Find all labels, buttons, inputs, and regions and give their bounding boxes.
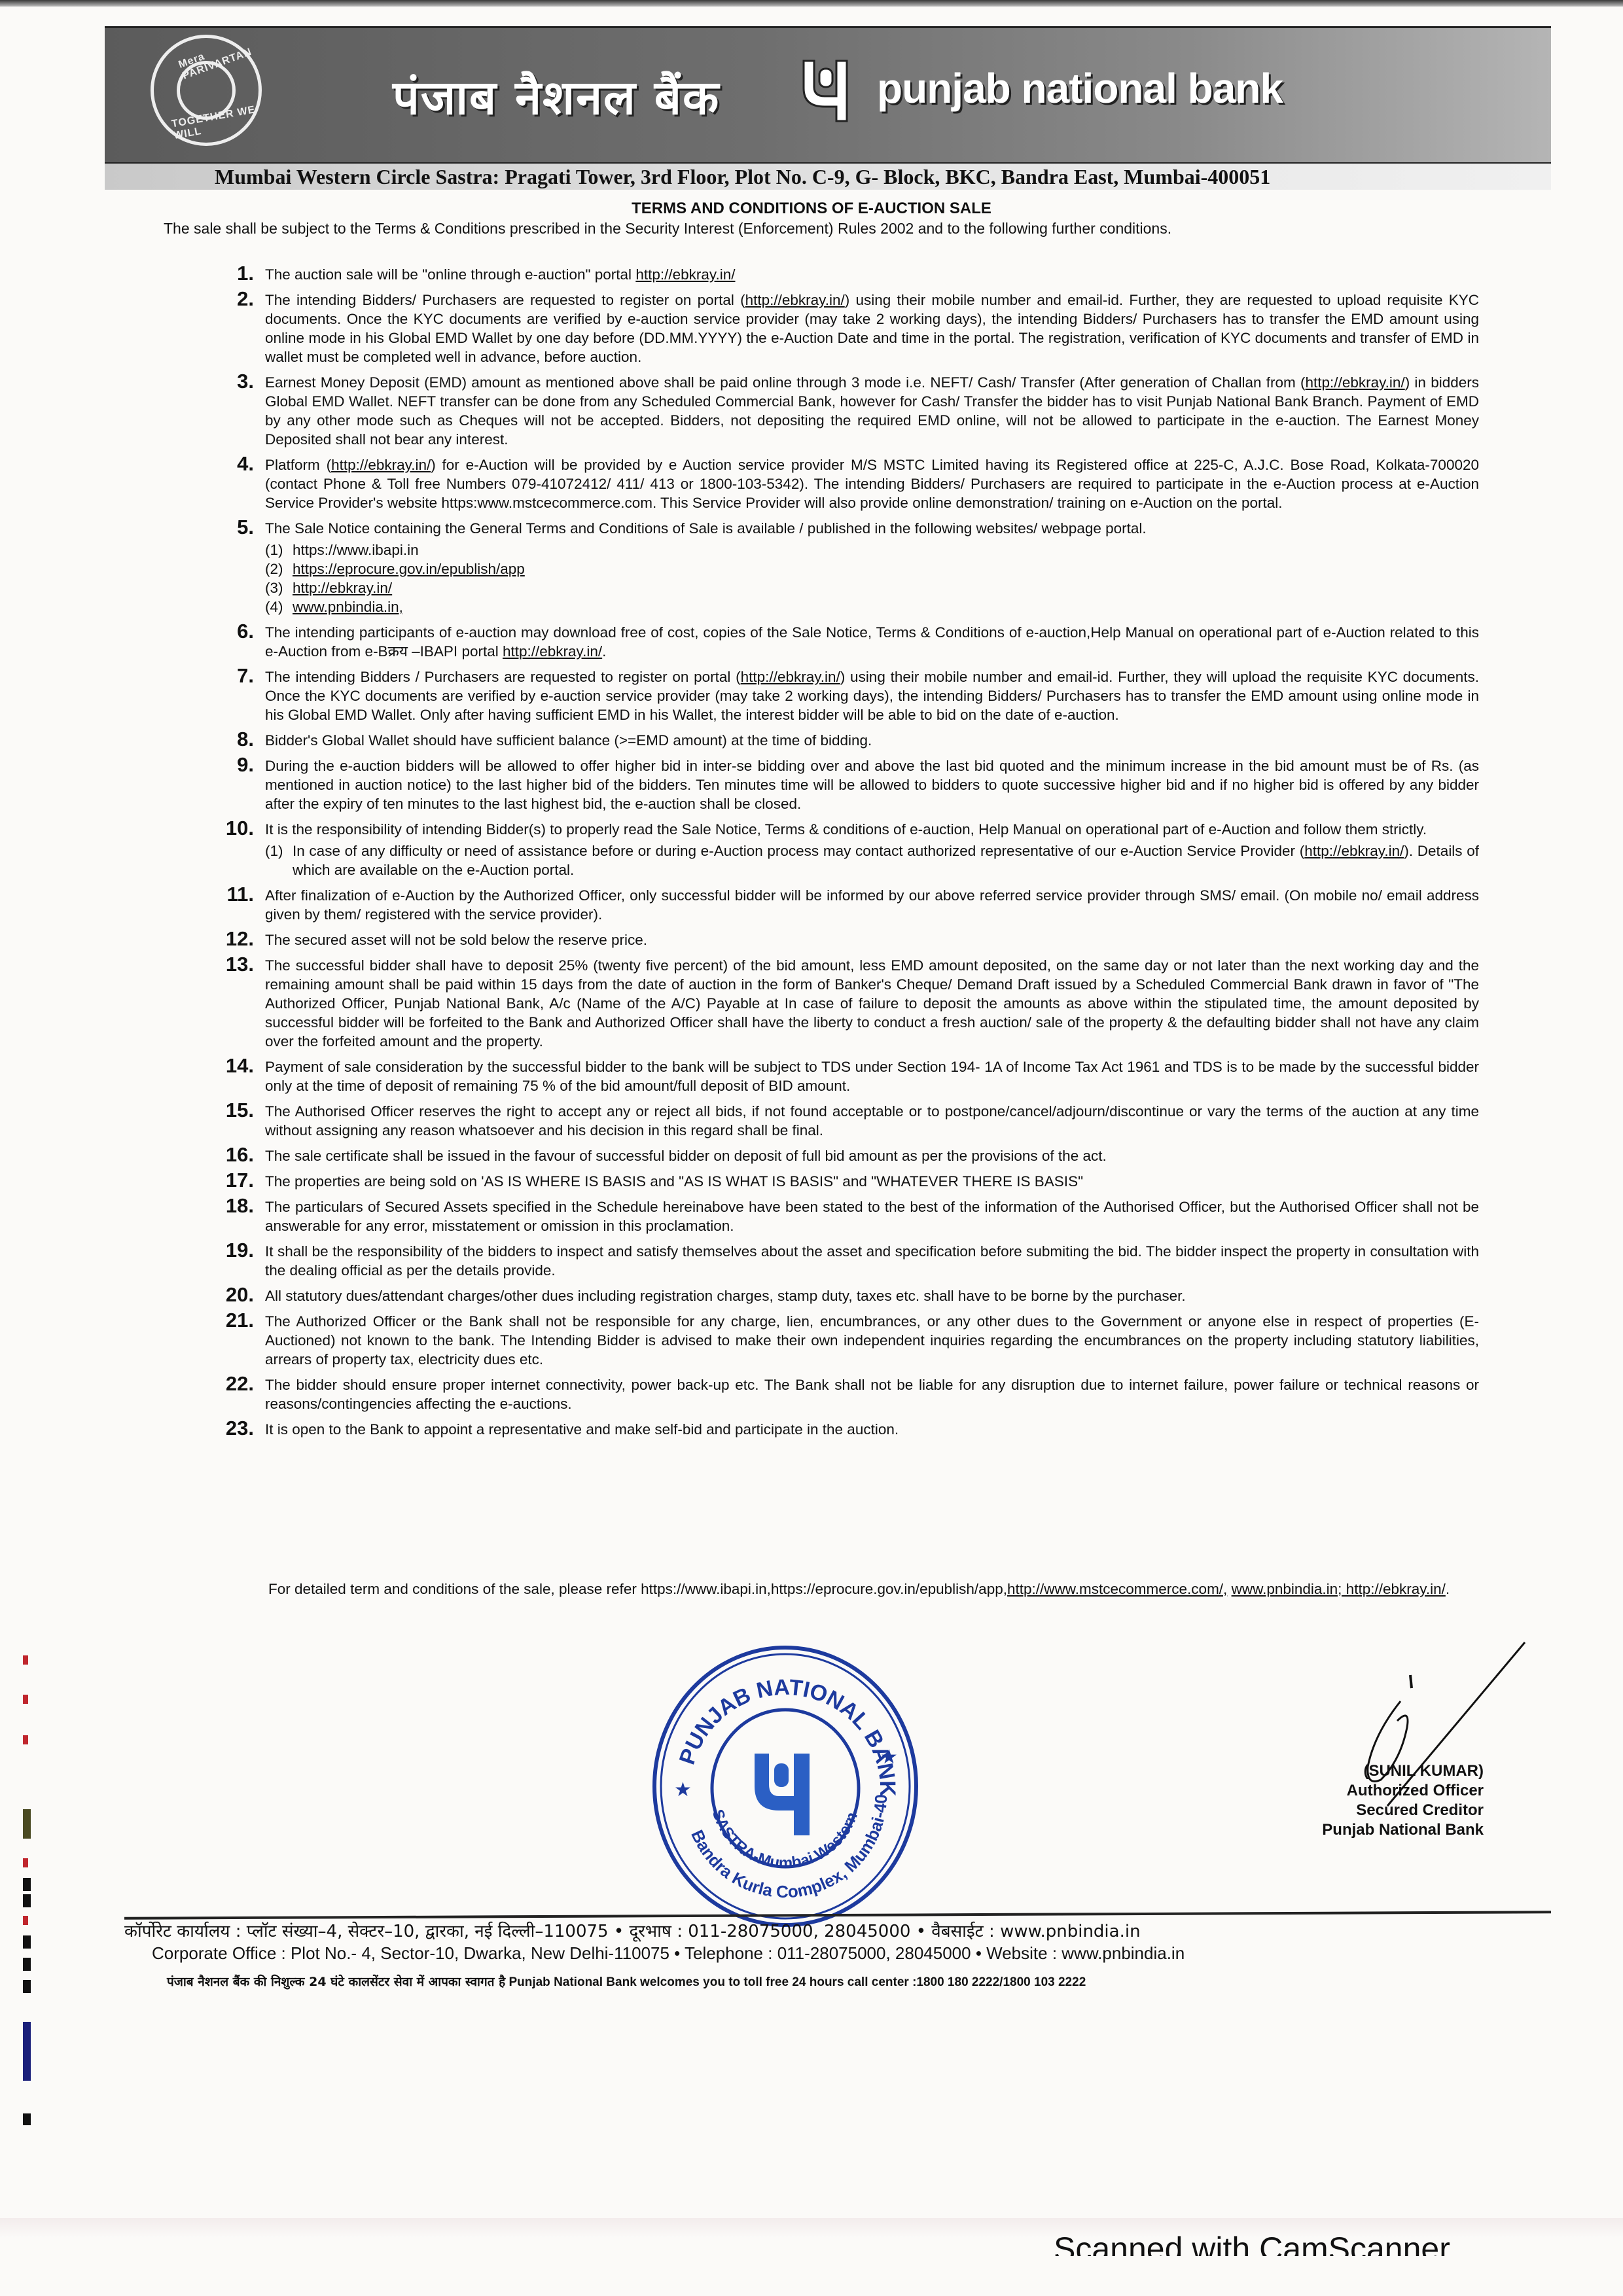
term-item: 5.The Sale Notice containing the General… — [216, 519, 1479, 616]
term-text: The sale certificate shall be issued in … — [265, 1146, 1479, 1165]
sub-item-number: (2) — [265, 559, 283, 578]
term-number: 14. — [216, 1056, 262, 1075]
document-intro: The sale shall be subject to the Terms &… — [164, 220, 1171, 238]
ebkray-link[interactable]: http://ebkray.in/ — [503, 643, 602, 660]
closing-reference: For detailed term and conditions of the … — [268, 1580, 1479, 1598]
term-number: 6. — [216, 622, 262, 641]
sub-item-text: In case of any difficulty or need of ass… — [293, 843, 1479, 878]
term-item: 20.All statutory dues/attendant charges/… — [216, 1286, 1479, 1305]
term-text: It is open to the Bank to appoint a repr… — [265, 1420, 1479, 1439]
signatory-name: (SUNIL KUMAR) — [1322, 1761, 1484, 1781]
term-text: All statutory dues/attendant charges/oth… — [265, 1286, 1479, 1305]
parivartan-emblem-icon: Mera PARIVARTAN TOGETHER WE WILL — [151, 35, 262, 146]
term-text: The intending Bidders / Purchasers are r… — [265, 667, 1479, 724]
term-item: 6.The intending participants of e-auctio… — [216, 623, 1479, 661]
term-sub-item[interactable]: (3)http://ebkray.in/ — [265, 578, 1479, 597]
term-text: The secured asset will not be sold below… — [265, 930, 1479, 949]
sub-item-text[interactable]: http://ebkray.in/ — [293, 580, 392, 596]
term-item: 15.The Authorised Officer reserves the r… — [216, 1102, 1479, 1140]
term-sub-item[interactable]: (4)www.pnbindia.in, — [265, 597, 1479, 616]
ebkray-link[interactable]: http://ebkray.in/ — [331, 457, 431, 473]
sub-item-number: (1) — [265, 841, 283, 860]
term-text: It is the responsibility of intending Bi… — [265, 820, 1479, 839]
term-number: 22. — [216, 1374, 262, 1393]
bank-name-english: punjab national bank — [877, 64, 1283, 113]
term-text: The intending Bidders/ Purchasers are re… — [265, 291, 1479, 366]
ebkray-link[interactable]: http://ebkray.in/ — [1306, 374, 1405, 391]
edge-bar-black — [23, 2113, 31, 2125]
term-item: 22.The bidder should ensure proper inter… — [216, 1375, 1479, 1413]
term-sub-item: (1)In case of any difficulty or need of … — [265, 841, 1479, 879]
terms-list: 1.The auction sale will be "online throu… — [216, 265, 1479, 1445]
circle-address-bar: Mumbai Western Circle Sastra: Pragati To… — [105, 164, 1551, 190]
pnb-logo-icon — [798, 56, 857, 124]
ebkray-link[interactable]: http://ebkray.in/ — [741, 669, 840, 685]
ebkray-link[interactable]: http://ebkray.in/ — [1304, 843, 1404, 859]
term-number: 1. — [216, 264, 262, 283]
term-item: 13.The successful bidder shall have to d… — [216, 956, 1479, 1051]
footer-corporate-office-hindi: कॉर्पोरेट कार्यालय : प्लॉट संख्या–4, सेक… — [124, 1918, 1141, 1942]
term-item: 4.Platform (http://ebkray.in/) for e-Auc… — [216, 455, 1479, 512]
term-text: The successful bidder shall have to depo… — [265, 956, 1479, 1051]
camscanner-watermark: Scanned with CamScanner — [1054, 2230, 1450, 2256]
edge-red-mark — [23, 1858, 28, 1867]
term-item: 16.The sale certificate shall be issued … — [216, 1146, 1479, 1165]
term-number: 13. — [216, 955, 262, 974]
term-number: 7. — [216, 666, 262, 685]
term-text: The Authorised Officer reserves the righ… — [265, 1102, 1479, 1140]
term-number: 9. — [216, 755, 262, 774]
term-number: 21. — [216, 1311, 262, 1330]
term-item: 21.The Authorized Officer or the Bank sh… — [216, 1312, 1479, 1369]
term-number: 20. — [216, 1285, 262, 1304]
term-number: 23. — [216, 1419, 262, 1438]
term-text: The auction sale will be "online through… — [265, 265, 1479, 284]
closing-prefix: For detailed term and conditions of the … — [268, 1581, 1007, 1597]
signatory-designation: Authorized Officer — [1322, 1781, 1484, 1801]
edge-glyph-mark — [23, 1935, 31, 1949]
letterhead-banner: Mera PARIVARTAN TOGETHER WE WILL पंजाब न… — [105, 26, 1551, 165]
signatory-role: Secured Creditor — [1322, 1801, 1484, 1820]
sub-item-text: https://www.ibapi.in — [293, 542, 419, 558]
mstc-link[interactable]: http://www.mstcecommerce.com/, — [1007, 1581, 1227, 1597]
term-item: 18.The particulars of Secured Assets spe… — [216, 1197, 1479, 1235]
edge-glyph-mark — [23, 1878, 31, 1891]
bank-seal-stamp-icon: PUNJAB NATIONAL BANK Bandra Kurla Comple… — [645, 1639, 926, 1934]
signatory-block: (SUNIL KUMAR) Authorized Officer Secured… — [1322, 1761, 1484, 1840]
term-sub-list: (1)In case of any difficulty or need of … — [265, 841, 1479, 879]
term-item: 10.It is the responsibility of intending… — [216, 820, 1479, 879]
edge-red-mark — [23, 1655, 28, 1665]
sub-item-text[interactable]: https://eprocure.gov.in/epublish/app — [293, 561, 525, 577]
term-item: 17.The properties are being sold on 'AS … — [216, 1172, 1479, 1191]
edge-glyph-mark — [23, 1958, 31, 1971]
term-item: 14.Payment of sale consideration by the … — [216, 1057, 1479, 1095]
term-number: 11. — [216, 885, 262, 904]
term-number: 2. — [216, 289, 262, 308]
term-text: Earnest Money Deposit (EMD) amount as me… — [265, 373, 1479, 449]
document-title: TERMS AND CONDITIONS OF E-AUCTION SALE — [0, 200, 1623, 218]
term-item: 1.The auction sale will be "online throu… — [216, 265, 1479, 284]
term-number: 3. — [216, 372, 262, 391]
scan-top-edge — [0, 0, 1623, 7]
term-text: Bidder's Global Wallet should have suffi… — [265, 731, 1479, 750]
edge-red-mark — [23, 1735, 28, 1744]
term-number: 10. — [216, 819, 262, 838]
closing-suffix: . — [1446, 1581, 1450, 1597]
edge-glyph-mark — [23, 1894, 31, 1907]
term-text: The bidder should ensure proper internet… — [265, 1375, 1479, 1413]
term-text: The Authorized Officer or the Bank shall… — [265, 1312, 1479, 1369]
term-item: 9.During the e-auction bidders will be a… — [216, 756, 1479, 813]
term-text: Payment of sale consideration by the suc… — [265, 1057, 1479, 1095]
edge-red-mark — [23, 1916, 28, 1925]
term-item: 2.The intending Bidders/ Purchasers are … — [216, 291, 1479, 366]
term-sub-item: (1)https://www.ibapi.in — [265, 540, 1479, 559]
circle-address: Mumbai Western Circle Sastra: Pragati To… — [215, 164, 1270, 190]
svg-text:SASTRA-Mumbai Western: SASTRA-Mumbai Western — [709, 1807, 861, 1872]
edge-bar-navy — [23, 2022, 31, 2081]
sub-item-text[interactable]: www.pnbindia.in, — [293, 599, 403, 615]
term-sub-list: (1)https://www.ibapi.in(2)https://eprocu… — [265, 540, 1479, 616]
term-text: The intending participants of e-auction … — [265, 623, 1479, 661]
term-item: 7.The intending Bidders / Purchasers are… — [216, 667, 1479, 724]
term-item: 19.It shall be the responsibility of the… — [216, 1242, 1479, 1280]
term-text: After finalization of e-Auction by the A… — [265, 886, 1479, 924]
term-sub-item[interactable]: (2)https://eprocure.gov.in/epublish/app — [265, 559, 1479, 578]
sub-item-number: (4) — [265, 597, 283, 616]
term-number: 5. — [216, 518, 262, 537]
term-number: 4. — [216, 454, 262, 473]
term-text: The Sale Notice containing the General T… — [265, 519, 1479, 538]
term-number: 19. — [216, 1241, 262, 1260]
pnb-ebkray-links[interactable]: www.pnbindia.in; http://ebkray.in/ — [1232, 1581, 1446, 1597]
tollfree-english: Punjab National Bank welcomes you to tol… — [508, 1975, 1086, 1989]
term-number: 16. — [216, 1145, 262, 1164]
term-number: 15. — [216, 1101, 262, 1120]
term-text: The particulars of Secured Assets specif… — [265, 1197, 1479, 1235]
ebkray-link[interactable]: http://ebkray.in/ — [745, 292, 845, 308]
edge-bar-olive — [23, 1809, 31, 1839]
footer-corporate-office-english: Corporate Office : Plot No.- 4, Sector-1… — [152, 1943, 1185, 1964]
ebkray-link[interactable]: http://ebkray.in/ — [635, 266, 735, 283]
term-text: During the e-auction bidders will be all… — [265, 756, 1479, 813]
term-number: 12. — [216, 929, 262, 948]
tollfree-hindi: पंजाब नैशनल बैंक की निशुल्क 24 घंटे कालस… — [167, 1975, 505, 1989]
footer-tollfree-line: पंजाब नैशनल बैंक की निशुल्क 24 घंटे कालस… — [167, 1973, 1086, 1990]
term-item: 12.The secured asset will not be sold be… — [216, 930, 1479, 949]
sub-item-number: (3) — [265, 578, 283, 597]
term-number: 17. — [216, 1171, 262, 1190]
term-text: Platform (http://ebkray.in/) for e-Aucti… — [265, 455, 1479, 512]
svg-text:★: ★ — [880, 1746, 898, 1768]
term-number: 8. — [216, 730, 262, 749]
bank-name-hindi: पंजाब नैशनल बैंक — [393, 64, 720, 128]
sub-item-number: (1) — [265, 540, 283, 559]
svg-text:★: ★ — [674, 1779, 692, 1801]
term-item: 3.Earnest Money Deposit (EMD) amount as … — [216, 373, 1479, 449]
signatory-bank: Punjab National Bank — [1322, 1820, 1484, 1840]
term-text: The properties are being sold on 'AS IS … — [265, 1172, 1479, 1191]
term-item: 11.After finalization of e-Auction by th… — [216, 886, 1479, 924]
edge-red-mark — [23, 1695, 28, 1704]
edge-glyph-mark — [23, 1980, 31, 1993]
term-text: It shall be the responsibility of the bi… — [265, 1242, 1479, 1280]
term-item: 8.Bidder's Global Wallet should have suf… — [216, 731, 1479, 750]
term-number: 18. — [216, 1196, 262, 1215]
term-item: 23.It is open to the Bank to appoint a r… — [216, 1420, 1479, 1439]
